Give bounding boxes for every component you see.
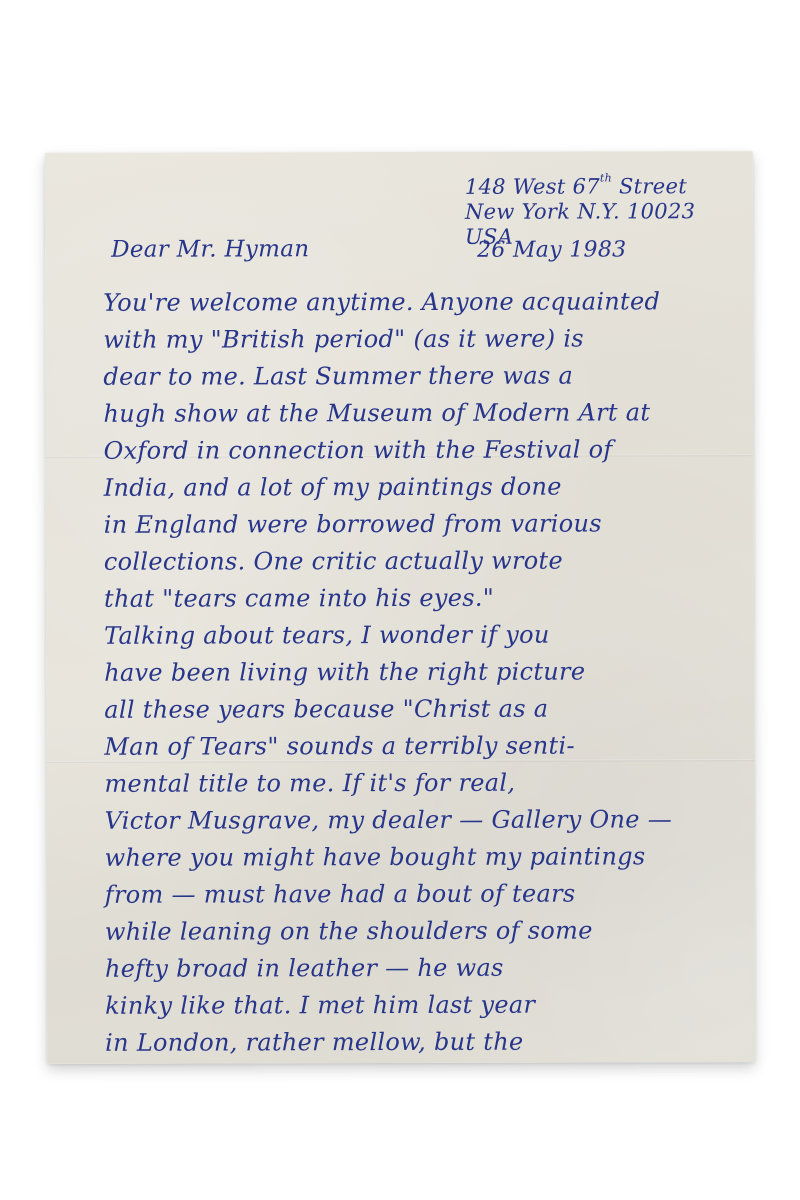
body-line: India, and a lot of my paintings done xyxy=(104,468,744,507)
body-line: in England were borrowed from various xyxy=(104,505,744,544)
body-line: hefty broad in leather — he was xyxy=(105,949,745,988)
body-line: hugh show at the Museum of Modern Art at xyxy=(103,394,743,433)
address-city: New York N.Y. 10023 xyxy=(465,199,695,225)
letter-body: You're welcome anytime. Anyone acquainte… xyxy=(103,283,745,1062)
salutation: Dear Mr. Hyman xyxy=(111,236,309,263)
body-line: You're welcome anytime. Anyone acquainte… xyxy=(103,283,743,322)
body-line: that "tears came into his eyes." xyxy=(104,579,744,618)
body-line: Man of Tears" sounds a terribly senti- xyxy=(104,727,744,766)
letter-date: 26 May 1983 xyxy=(477,237,626,262)
body-line: dear to me. Last Summer there was a xyxy=(103,357,743,396)
body-line: while leaning on the shoulders of some xyxy=(105,912,745,951)
body-line: in London, rather mellow, but the xyxy=(105,1023,745,1062)
body-line: Victor Musgrave, my dealer — Gallery One… xyxy=(105,801,745,840)
letter-sheet: 148 West 67th Street New York N.Y. 10023… xyxy=(45,151,755,1064)
body-line: with my "British period" (as it were) is xyxy=(103,320,743,359)
address-street-number: 148 West 67 xyxy=(465,174,600,198)
body-line: where you might have bought my paintings xyxy=(105,838,745,877)
body-line: have been living with the right picture xyxy=(104,653,744,692)
body-line: all these years because "Christ as a xyxy=(104,690,744,729)
address-street: 148 West 67th Street xyxy=(465,165,695,200)
body-line: mental title to me. If it's for real, xyxy=(104,764,744,803)
address-street-name: Street xyxy=(612,174,687,198)
body-line: Oxford in connection with the Festival o… xyxy=(104,431,744,470)
photo-background: 148 West 67th Street New York N.Y. 10023… xyxy=(0,0,800,1200)
body-line: Talking about tears, I wonder if you xyxy=(104,616,744,655)
body-line: kinky like that. I met him last year xyxy=(105,986,745,1025)
body-line: from — must have had a bout of tears xyxy=(105,875,745,914)
body-line: collections. One critic actually wrote xyxy=(104,542,744,581)
address-ordinal-suffix: th xyxy=(600,171,612,184)
